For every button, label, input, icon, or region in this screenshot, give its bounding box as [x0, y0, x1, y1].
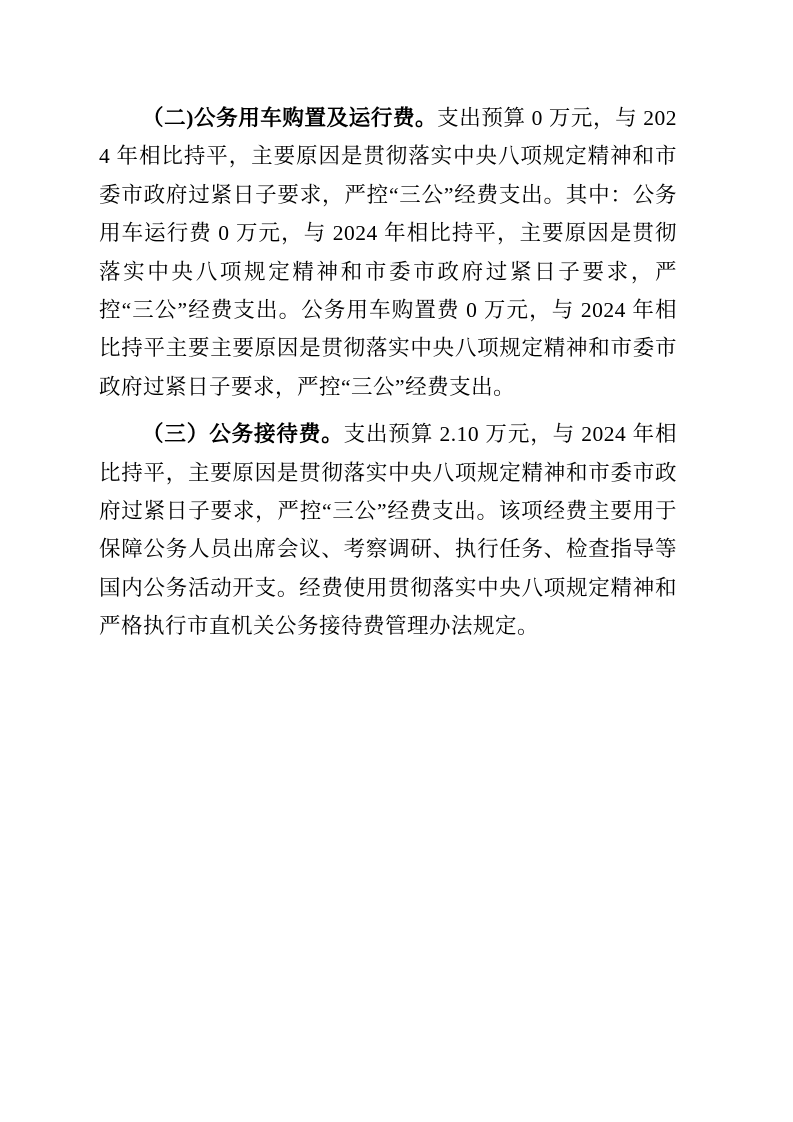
paragraph-body: 支出预算 0 万元，与 2024 年相比持平，主要原因是贯彻落实中央八项规定精神… [99, 106, 677, 399]
page-content: （二)公务用车购置及运行费。支出预算 0 万元，与 2024 年相比持平，主要原… [0, 0, 793, 646]
paragraph-body: 支出预算 2.10 万元，与 2024 年相比持平，主要原因是贯彻落实中央八项规… [99, 422, 677, 638]
paragraph-official-reception-fees: （三）公务接待费。支出预算 2.10 万元，与 2024 年相比持平，主要原因是… [99, 415, 677, 645]
paragraph-vehicle-purchase-and-operation-fees: （二)公务用车购置及运行费。支出预算 0 万元，与 2024 年相比持平，主要原… [99, 99, 677, 406]
paragraph-heading: （三）公务接待费。 [142, 422, 344, 446]
document-page: （二)公务用车购置及运行费。支出预算 0 万元，与 2024 年相比持平，主要原… [0, 0, 793, 1122]
paragraph-heading: （二)公务用车购置及运行费。 [142, 106, 437, 130]
